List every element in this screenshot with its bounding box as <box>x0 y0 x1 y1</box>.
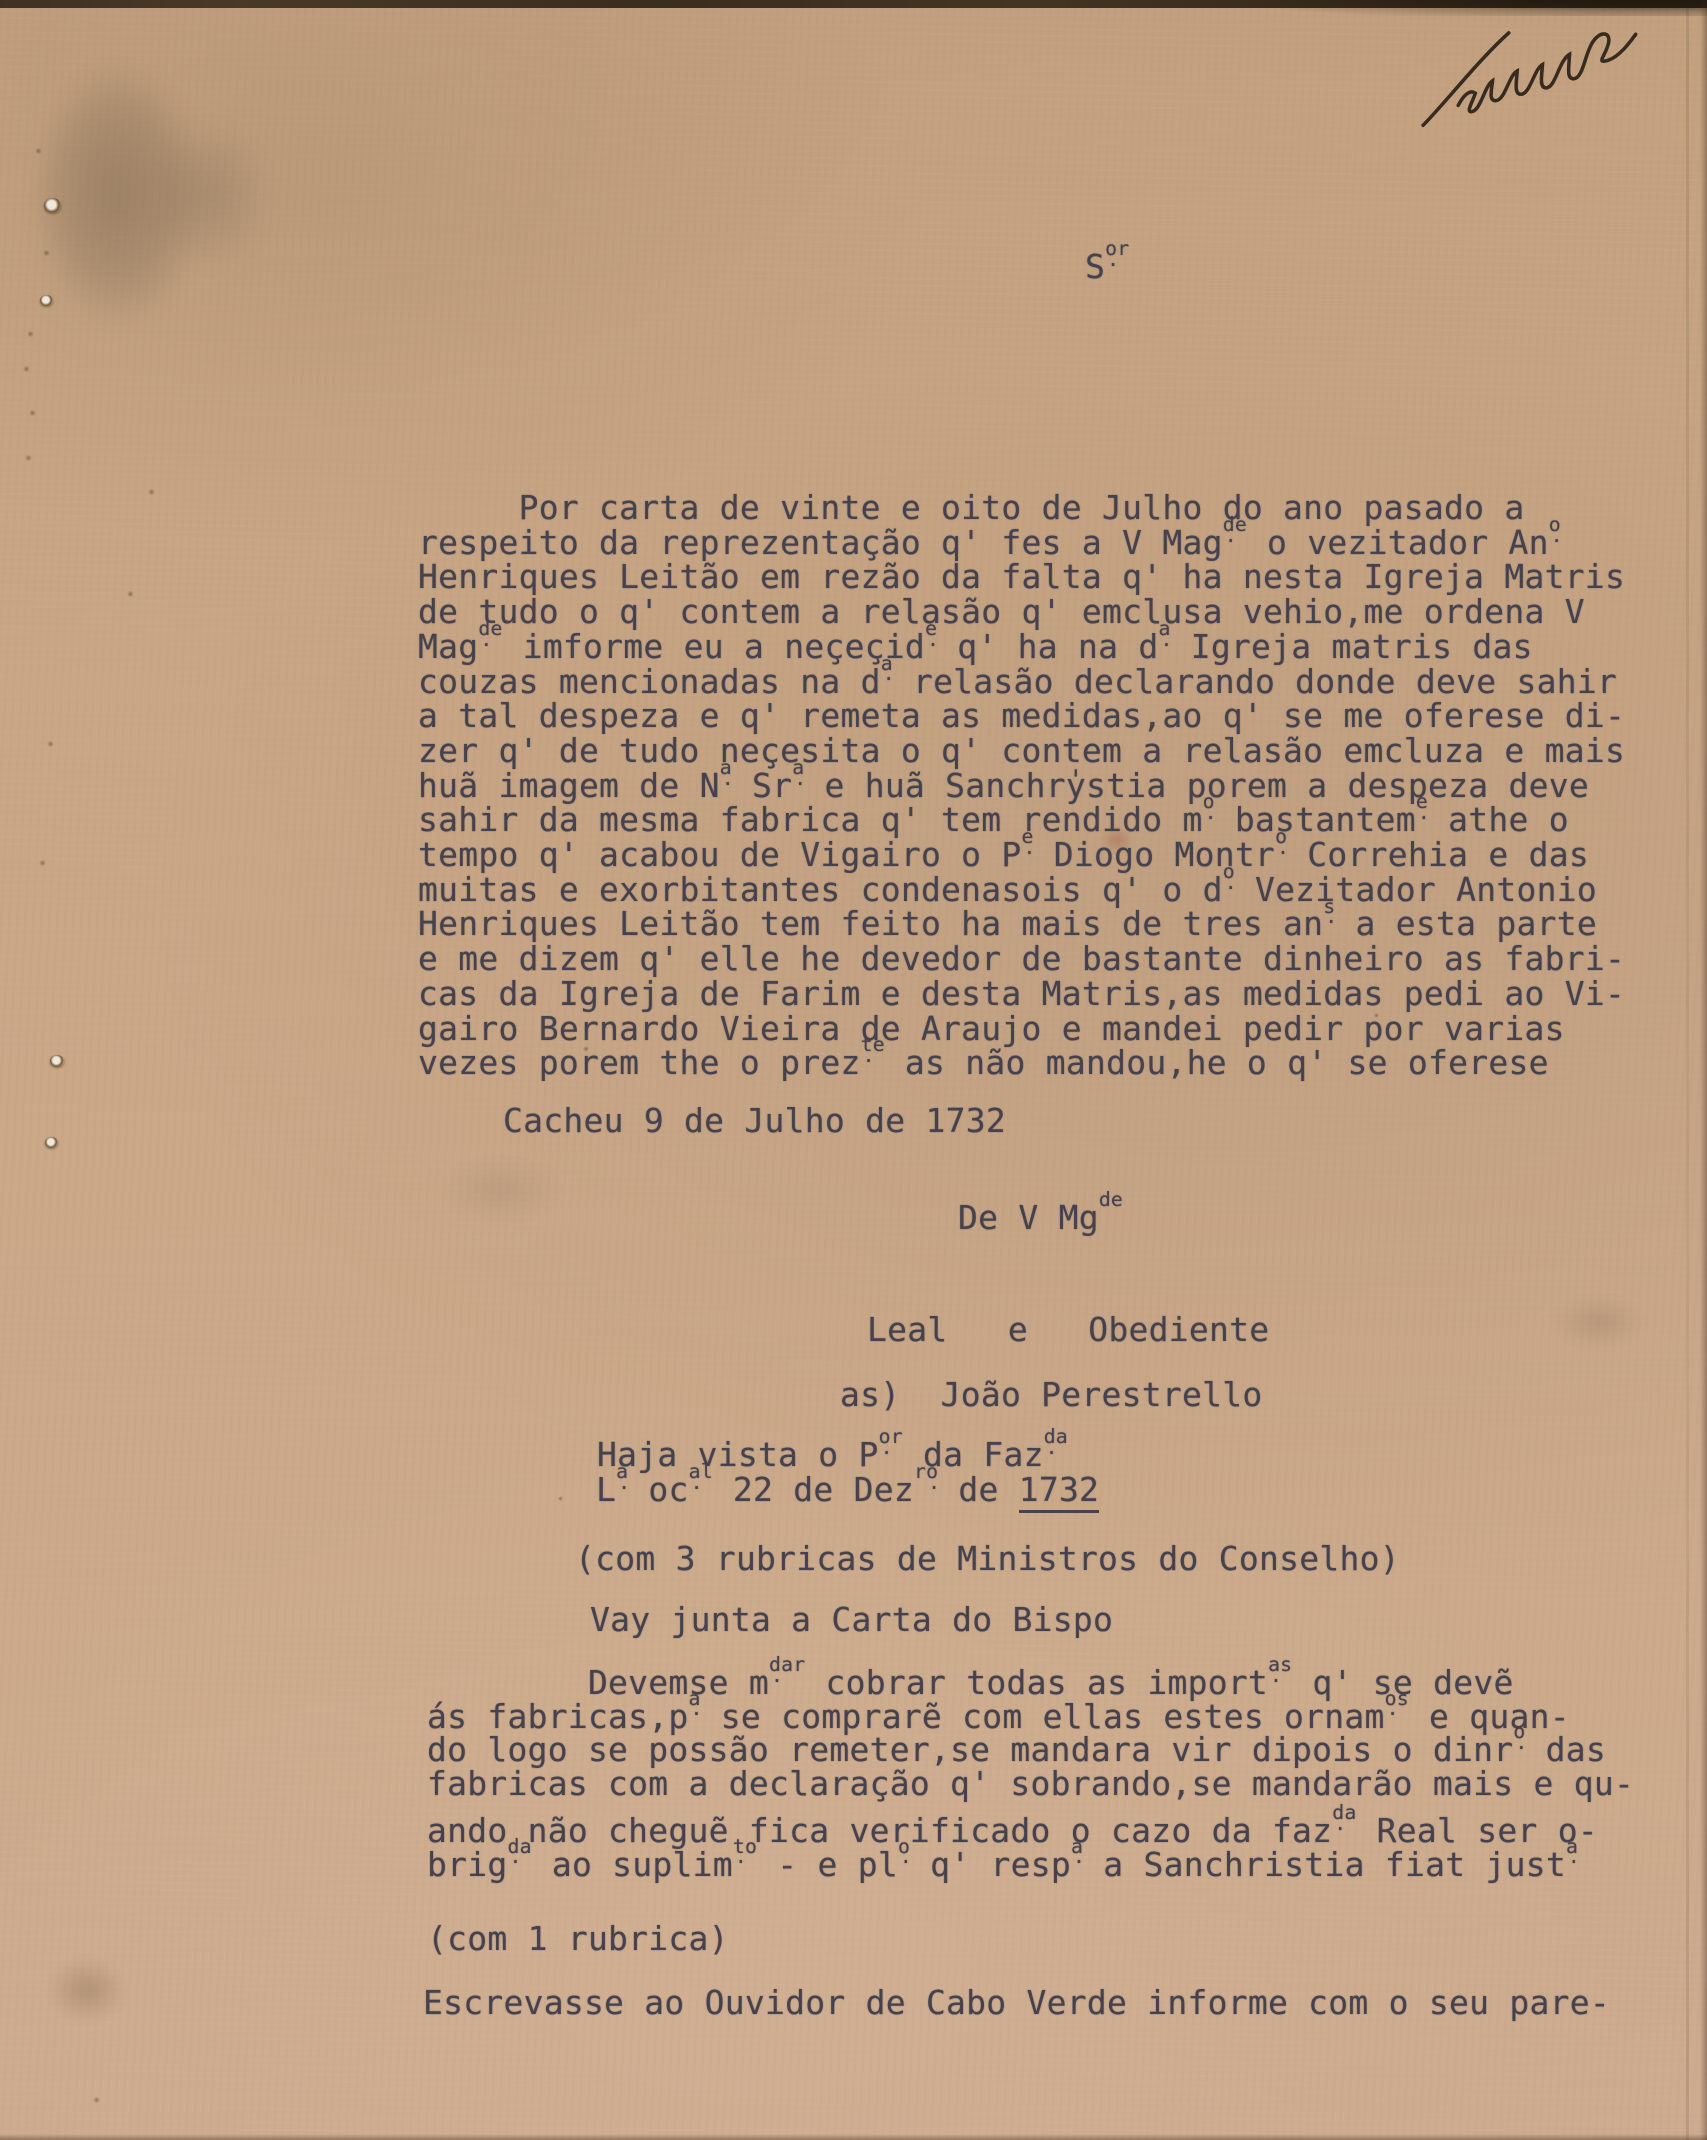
text-line: gairo Bernardo Vieira de Araujo e mandei… <box>418 1012 1625 1047</box>
paper-stain <box>48 1958 126 2022</box>
paper-speck <box>29 410 36 416</box>
text-line: Magde imforme eu a neçeçide q' ha na da … <box>418 630 1625 665</box>
closing-from: De V Mgde <box>958 1201 1123 1234</box>
paper-speck <box>43 250 50 256</box>
text-line: ás fabricas,pa se comprarẽ com ellas est… <box>427 1700 1634 1734</box>
despacho-line-1: Haja vista o Por da Fazda <box>597 1438 1068 1471</box>
letter-body: Por carta de vinte e oito de Julho do an… <box>418 491 1625 1081</box>
dateline: Cacheu 9 de Julho de 1732 <box>503 1104 1006 1137</box>
paper-speck <box>39 860 46 866</box>
text-line: couzas mencionadas na da relasão declara… <box>418 665 1625 700</box>
text-line: zer q' de tudo neçesita o q' contem a re… <box>418 734 1625 769</box>
despacho-line-2: La ocal 22 de Dezro de 1732 <box>596 1473 1099 1506</box>
text-line: vezes porem the o prezte as não mandou,h… <box>418 1046 1625 1081</box>
text-line: huã imagem de Na Sra e huã Sanchry̍stia … <box>418 769 1625 804</box>
pinhole <box>40 295 53 306</box>
text-line: Henriques Leitão tem feito ha mais de tr… <box>418 907 1625 942</box>
paper-stain <box>150 120 270 270</box>
text-line: tempo q' acabou de Vigairo o Pe Diogo Mo… <box>418 838 1625 873</box>
text-line: Devemse mdar cobrar todas as importas q'… <box>427 1666 1634 1700</box>
pinhole <box>50 1055 64 1067</box>
text-line: cas da Igreja de Farim e desta Matris,as… <box>418 977 1625 1012</box>
text-line: a tal despeza e q' remeta as medidas,ao … <box>418 699 1625 734</box>
paper-stain <box>1556 1298 1642 1346</box>
paper-speck <box>47 741 54 747</box>
paper-speck <box>23 366 30 372</box>
text-line: Por carta de vinte e oito de Julho do an… <box>418 491 1625 526</box>
attachment-note: Vay junta a Carta do Bispo <box>590 1603 1113 1636</box>
scan-edge-bottom <box>0 2134 1707 2140</box>
paper-crease <box>1686 0 1689 2140</box>
paper-speck <box>148 489 155 495</box>
text-line: fabricas com a declaração q' sobrando,se… <box>427 1767 1634 1801</box>
text-line: e me dizem q' elle he devedor de bastant… <box>418 942 1625 977</box>
text-line: brigda ao suplimto - e plo q' respa a Sa… <box>427 1848 1634 1882</box>
signature-line: as) João Perestrello <box>840 1378 1262 1411</box>
rubrica-note: (com 1 rubrica) <box>427 1922 729 1955</box>
text-line: Henriques Leitão em rezão da falta q' ha… <box>418 560 1625 595</box>
paper-stain <box>440 1160 560 1220</box>
document-page: Sor Por carta de vinte e oito de Julho d… <box>0 0 1707 2140</box>
closing-loyal: Leal e Obediente <box>867 1313 1269 1346</box>
scan-edge-right <box>1700 0 1707 2140</box>
pinhole <box>44 198 61 213</box>
final-line: Escrevasse ao Ouvidor de Cabo Verde info… <box>423 1986 1610 2019</box>
text-line: muitas e exorbitantes condenasois q' o d… <box>418 873 1625 908</box>
rubricas-note: (com 3 rubricas de Ministros do Conselho… <box>575 1542 1400 1575</box>
text-line: do logo se possão remeter,se mandara vir… <box>427 1733 1634 1767</box>
paper-stain <box>30 62 206 328</box>
text-line: ando não cheguẽ fica verificado o cazo d… <box>427 1814 1634 1848</box>
paper-speck <box>25 455 32 461</box>
paper-speck <box>93 2097 100 2103</box>
text-line: respeito da reprezentação q' fes a V Mag… <box>418 526 1625 561</box>
text-line: de tudo o q' contem a relasão q' emclusa… <box>418 595 1625 630</box>
pinhole <box>45 1137 58 1148</box>
handwritten-signature <box>1402 0 1650 132</box>
paper-speck <box>558 1496 563 1501</box>
despacho-body: Devemse mdar cobrar todas as importas q'… <box>427 1666 1634 1881</box>
paper-speck <box>127 591 134 597</box>
salutation: Sor <box>1085 250 1129 283</box>
paper-speck <box>27 331 34 337</box>
scan-edge-top-right-smudge <box>1280 0 1707 16</box>
paper-speck <box>35 148 42 154</box>
